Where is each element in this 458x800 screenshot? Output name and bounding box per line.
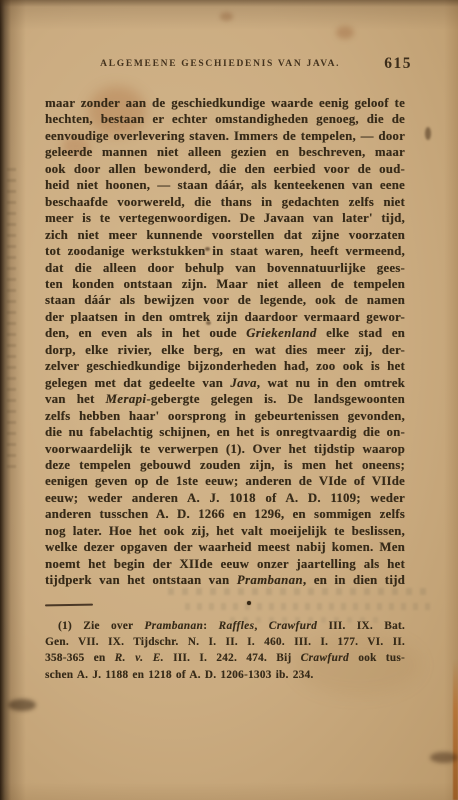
text-line: dorp, elke rivier, elke berg, en wat die… [45,342,405,358]
text-line: gelegen met dat gedeelte van Java, wat n… [45,375,405,391]
edge-smudge [8,699,36,711]
margin-mark [425,127,431,140]
text-line: der plaatsen in den omtrek zijn daardoor… [45,309,405,325]
text-line: ook door allen bewonderd, die den eerbie… [45,161,405,177]
text-line: deze tempelen gebouwd zouden zijn, is me… [45,457,405,473]
book-page: ALGEMEENE GESCHIEDENIS VAN JAVA. 615 maa… [0,0,458,800]
footnote-line: 358-365 en R. v. E. III. I. 242. 474. Bi… [45,650,405,666]
text-line: hechten, bestaan er echter omstandighede… [45,111,405,127]
text-line: welke dezer opgaven der waarheid meest n… [45,539,405,555]
section-dot-ornament [247,601,251,605]
text-line: anderen tusschen A. D. 1266 en 1296, en … [45,506,405,522]
fore-edge-stain [453,660,458,800]
text-line: dat die alleen door behulp van bovennatu… [45,260,405,276]
paper-stain [336,26,354,39]
text-line: voorwaardelijk te verwerpen (1). Over he… [45,441,405,457]
text-line: eenvoudige overlevering staven. Immers d… [45,128,405,144]
footnote-line: (1) Zie over Prambanan: Raffles, Crawfur… [45,618,405,634]
text-line: eeuw; weder anderen A. J. 1018 of A. D. … [45,490,405,506]
text-line: nog later. Hoe het ook zij, het valt moe… [45,523,405,539]
text-line: geleerde mannen niet alleen gezien en be… [45,144,405,160]
text-line: tijdperk van het ontstaan van Prambanan,… [45,572,405,588]
footnote-separator-rule [45,604,93,607]
body-text: maar zonder aan de geschiedkundige waard… [45,95,405,589]
text-line: staan dáár als bewijzen voor de legende,… [45,292,405,308]
text-line: zich niet meer kunnende voorstellen dat … [45,227,405,243]
footnote: (1) Zie over Prambanan: Raffles, Crawfur… [45,618,405,683]
text-line: den, en even als in het oude Griekenland… [45,325,405,341]
text-line: die nu fabelachtig schijnen, en het is o… [45,424,405,440]
footnote-line: Gen. VII. IX. Tijdschr. N. I. II. I. 460… [45,634,405,650]
text-line: zelfs hebben haar' oorsprong in gebeurte… [45,408,405,424]
text-line: ten konden ontstaan zijn. Maar niet alle… [45,276,405,292]
paper-stain [220,12,233,21]
text-line: maar zonder aan de geschiedkundige waard… [45,95,405,111]
show-through-marks [7,168,16,468]
text-line: heid niet hoonen, — staan dáár, als kent… [45,177,405,193]
text-line: beschaafde voorwereld, die thans in geda… [45,194,405,210]
text-line: van het Merapi-gebergte gelegen is. De l… [45,391,405,407]
text-line: zelver geschiedkundige bijzonderheden ha… [45,358,405,374]
show-through-text [168,588,433,595]
text-line: tot zoodanige werkstukken in staat waren… [45,243,405,259]
footnote-line: schen A. J. 1188 en 1218 of A. D. 1206-1… [45,667,405,683]
text-line: eenigen geven op de 1ste eeuw; anderen d… [45,473,405,489]
text-line: noemt het begin der XIIde eeuw onzer jaa… [45,556,405,572]
edge-smudge [430,752,458,763]
text-line: meer is te vertegenwoordigen. De Javaan … [45,210,405,226]
page-header: ALGEMEENE GESCHIEDENIS VAN JAVA. 615 [45,55,405,75]
running-title: ALGEMEENE GESCHIEDENIS VAN JAVA. [100,59,340,69]
show-through-text [185,603,430,610]
page-number: 615 [384,55,412,73]
